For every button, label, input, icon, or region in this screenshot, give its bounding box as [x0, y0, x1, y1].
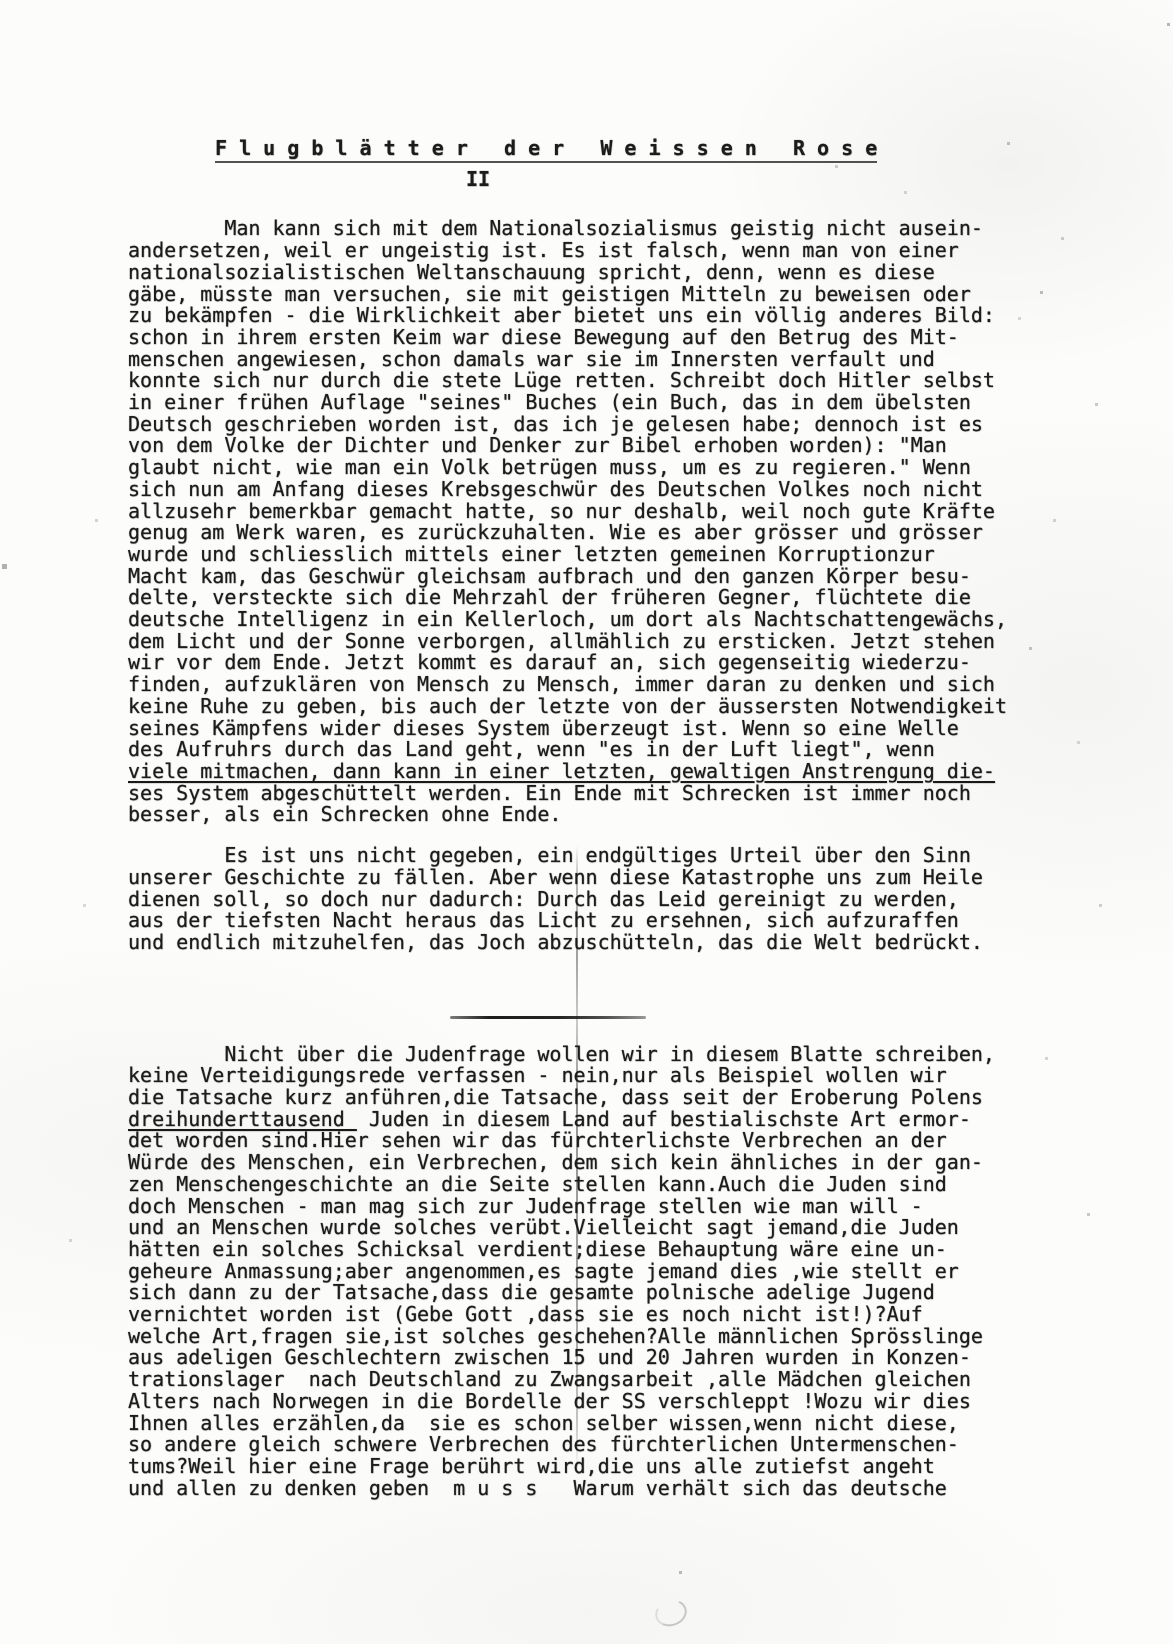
- scanned-leaflet-page: F l u g b l ä t t e r d e r W e i s s e …: [0, 0, 1173, 1644]
- text-line: wir vor dem Ende. Jetzt kommt es darauf …: [128, 652, 1048, 674]
- paragraph: Nicht über die Judenfrage wollen wir in …: [128, 1044, 1048, 1500]
- text-line: ses System abgeschüttelt werden. Ein End…: [128, 783, 1048, 805]
- text-line: nationalsozialistischen Weltanschauung s…: [128, 262, 1048, 284]
- text-line: konnte sich nur durch die stete Lüge ret…: [128, 370, 1048, 392]
- title-row: F l u g b l ä t t e r d e r W e i s s e …: [128, 138, 1048, 163]
- text-line: dreihunderttausend Juden in diesem Land …: [128, 1109, 1048, 1131]
- paragraph: Man kann sich mit dem Nationalsozialismu…: [128, 218, 1048, 826]
- text-line: finden, aufzuklären von Mensch zu Mensch…: [128, 674, 1048, 696]
- document-body: F l u g b l ä t t e r d e r W e i s s e …: [128, 138, 1048, 1499]
- text-line: gäbe, müsste man versuchen, sie mit geis…: [128, 284, 1048, 306]
- text-line: dienen soll, so doch nur dadurch: Durch …: [128, 889, 1048, 911]
- text-line: Macht kam, das Geschwür gleichsam aufbra…: [128, 566, 1048, 588]
- text-line: keine Verteidigungsrede verfassen - nein…: [128, 1065, 1048, 1087]
- leaflet-numeral: II: [466, 169, 1048, 191]
- text-line: sich nun am Anfang dieses Krebsgeschwür …: [128, 479, 1048, 501]
- text-line: glaubt nicht, wie man ein Volk betrügen …: [128, 457, 1048, 479]
- text-line: dem Licht und der Sonne verborgen, allmä…: [128, 631, 1048, 653]
- text-line: viele mitmachen, dann kann in einer letz…: [128, 761, 1048, 783]
- section-divider-rule: [450, 1016, 646, 1019]
- text-line: vernichtet worden ist (Gebe Gott ,dass s…: [128, 1304, 1048, 1326]
- text-line: zu bekämpfen - die Wirklichkeit aber bie…: [128, 305, 1048, 327]
- text-line: welche Art,fragen sie,ist solches gesche…: [128, 1326, 1048, 1348]
- paragraph: Es ist uns nicht gegeben, ein endgültige…: [128, 845, 1048, 954]
- text-line: aus der tiefsten Nacht heraus das Licht …: [128, 910, 1048, 932]
- text-line: und endlich mitzuhelfen, das Joch abzusc…: [128, 932, 1048, 954]
- text-line: zen Menschengeschichte an die Seite stel…: [128, 1174, 1048, 1196]
- text-line: Es ist uns nicht gegeben, ein endgültige…: [128, 845, 1048, 867]
- document-title: F l u g b l ä t t e r d e r W e i s s e …: [215, 138, 877, 163]
- text-line: und an Menschen wurde solches verübt.Vie…: [128, 1217, 1048, 1239]
- text-line: det worden sind.Hier sehen wir das fürch…: [128, 1130, 1048, 1152]
- text-line: menschen angewiesen, schon damals war si…: [128, 349, 1048, 371]
- text-line: die Tatsache kurz anführen,die Tatsache,…: [128, 1087, 1048, 1109]
- text-line: aus adeligen Geschlechtern zwischen 15 u…: [128, 1347, 1048, 1369]
- text-line: tums?Weil hier eine Frage berührt wird,d…: [128, 1456, 1048, 1478]
- text-line: unserer Geschichte zu fällen. Aber wenn …: [128, 867, 1048, 889]
- text-line: wurde und schliesslich mittels einer let…: [128, 544, 1048, 566]
- text-line: geheure Anmassung;aber angenommen,es sag…: [128, 1261, 1048, 1283]
- text-line: trationslager nach Deutschland zu Zwangs…: [128, 1369, 1048, 1391]
- text-line: keine Ruhe zu geben, bis auch der letzte…: [128, 696, 1048, 718]
- text-line: und allen zu denken geben m u s s Warum …: [128, 1478, 1048, 1500]
- scan-noise-speckles: [0, 0, 1, 1]
- text-line: allzusehr bemerkbar gemacht hatte, so nu…: [128, 501, 1048, 523]
- text-line: so andere gleich schwere Verbrechen des …: [128, 1434, 1048, 1456]
- text-line: delte, versteckte sich die Mehrzahl der …: [128, 587, 1048, 609]
- text-line: Alters nach Norwegen in die Bordelle der…: [128, 1391, 1048, 1413]
- text-line: Deutsch geschrieben worden ist, das ich …: [128, 414, 1048, 436]
- scan-smudge-artifact: [652, 1596, 690, 1631]
- text-line: schon in ihrem ersten Keim war diese Bew…: [128, 327, 1048, 349]
- text-line: besser, als ein Schrecken ohne Ende.: [128, 804, 1048, 826]
- text-line: andersetzen, weil er ungeistig ist. Es i…: [128, 240, 1048, 262]
- text-line: von dem Volke der Dichter und Denker zur…: [128, 435, 1048, 457]
- text-line: genug am Werk waren, es zurückzuhalten. …: [128, 522, 1048, 544]
- text-line: deutsche Intelligenz in ein Kellerloch, …: [128, 609, 1048, 631]
- text-line: seines Kämpfens wider dieses System über…: [128, 718, 1048, 740]
- text-line: sich dann zu der Tatsache,dass die gesam…: [128, 1282, 1048, 1304]
- text-line: Man kann sich mit dem Nationalsozialismu…: [128, 218, 1048, 240]
- text-line: Ihnen alles erzählen,da sie es schon sel…: [128, 1413, 1048, 1435]
- text-line: hätten ein solches Schicksal verdient;di…: [128, 1239, 1048, 1261]
- text-line: in einer frühen Auflage "seines" Buches …: [128, 392, 1048, 414]
- text-line: doch Menschen - man mag sich zur Judenfr…: [128, 1196, 1048, 1218]
- text-line: Würde des Menschen, ein Verbrechen, dem …: [128, 1152, 1048, 1174]
- text-line: des Aufruhrs durch das Land geht, wenn "…: [128, 739, 1048, 761]
- text-line: Nicht über die Judenfrage wollen wir in …: [128, 1044, 1048, 1066]
